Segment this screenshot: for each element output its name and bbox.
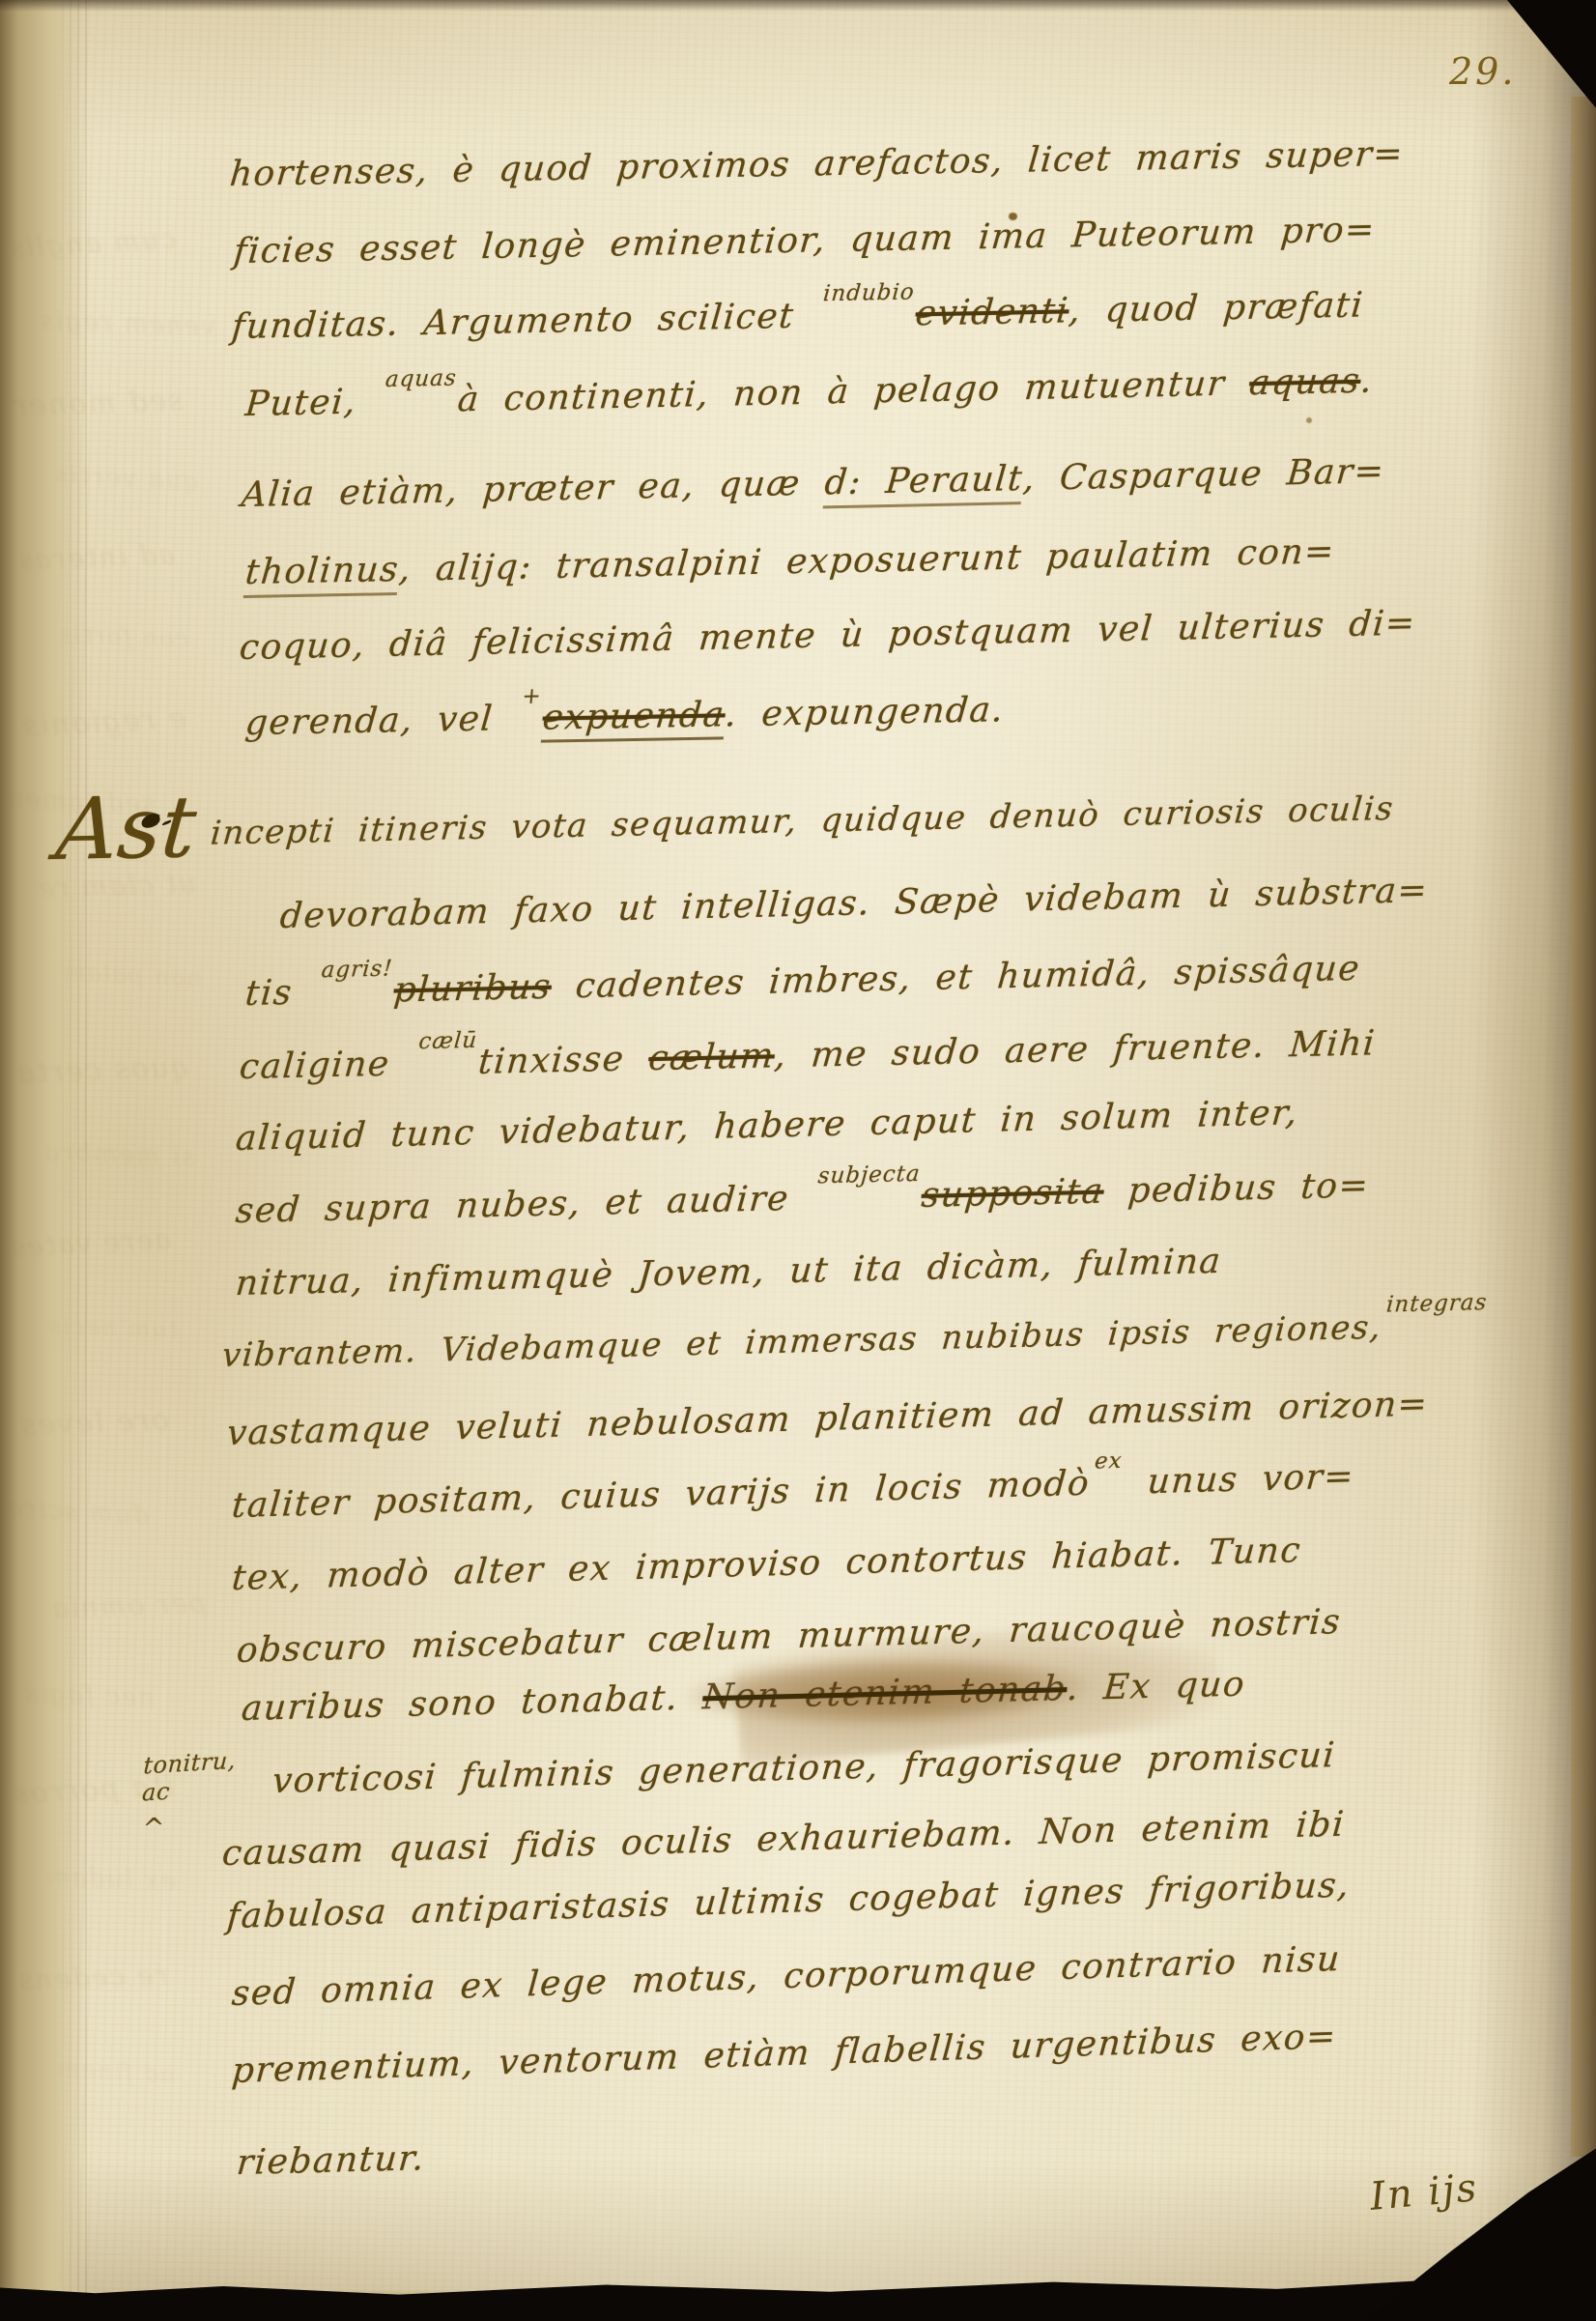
manuscript-line: taliter positam, cuius varijs in locis m…	[230, 1457, 1355, 1527]
handwritten-text: . expungenda.	[724, 690, 1006, 734]
handwritten-text: causam quasi fidis oculis exhauriebam. N…	[220, 1805, 1346, 1875]
handwritten-text: Ast	[52, 777, 200, 879]
manuscript-line: tonitru, ac^vorticosi fulminis generatio…	[271, 1735, 1337, 1801]
handwritten-text: hortenses, è quod proximos arefactos, li…	[228, 134, 1406, 194]
handwritten-text: à continenti, non à pelago mutuentur	[456, 363, 1251, 419]
handwritten-text: aliquid tunc videbatur, habere caput in …	[234, 1093, 1299, 1159]
margin-note: tonitru, ac^	[140, 1746, 267, 1845]
struck-text: supposita	[920, 1172, 1105, 1216]
manuscript-photo: cum anglisvenem regissed monerqua vertis…	[0, 0, 1596, 2321]
struck-text: Non etenim tonab	[701, 1669, 1069, 1717]
handwritten-text: vibrantem. Videbamque et immersas nubibu…	[220, 1308, 1382, 1375]
interlinear-insertion: subjecta	[817, 1161, 922, 1189]
manuscript-line: hortenses, è quod proximos arefactos, li…	[228, 134, 1406, 194]
struck-text: expuenda	[541, 695, 727, 742]
manuscript-line: aliquid tunc videbatur, habere caput in …	[234, 1093, 1299, 1159]
handwritten-text: funditas. Argumento scilicet	[230, 296, 820, 347]
manuscript-line: prementium, ventorum etiàm flabellis urg…	[230, 2017, 1338, 2091]
interlinear-insertion: indubio	[822, 279, 916, 306]
handwritten-text: Alia etiàm, præter ea, quæ	[240, 463, 826, 515]
handwritten-text: tis	[243, 972, 318, 1014]
manuscript-line: Putei, aquasà continenti, non à pelago m…	[243, 361, 1375, 425]
interlinear-insertion: +	[521, 684, 543, 709]
manuscript-line: Alia etiàm, præter ea, quæ d: Perault, C…	[240, 451, 1386, 515]
handwritten-text: .	[1359, 361, 1375, 401]
handwritten-text: tinxisse	[477, 1039, 651, 1082]
handwritten-text: vorticosi fulminis generatione, fragoris…	[271, 1735, 1337, 1801]
manuscript-line: gerenda, vel +expuenda. expungenda.	[243, 690, 1006, 743]
manuscript-line: sed omnia ex lege motus, corporumque con…	[230, 1939, 1342, 2014]
interlinear-insertion: aquas	[385, 365, 458, 392]
handwritten-text: incepti itineris vota sequamur, quidque …	[209, 789, 1395, 853]
handwritten-text: pedibus to=	[1102, 1165, 1371, 1211]
interlinear-insertion: ex	[1094, 1448, 1124, 1475]
manuscript-line: devorabam faxo ut intelligas. Sæpè videb…	[278, 871, 1430, 936]
manuscript-line: tis agris!pluribus cadentes imbres, et h…	[243, 949, 1361, 1014]
handwritten-text: cadentes imbres, et humidâ, spissâque	[550, 949, 1362, 1007]
handwritten-text: d: Perault	[823, 459, 1025, 508]
interlinear-insertion: agris!	[321, 957, 394, 984]
handwritten-text: nitrua, infimumquè Jovem, ut ita dicàm, …	[234, 1242, 1223, 1304]
handwritten-text: devorabam faxo ut intelligas. Sæpè videb…	[278, 871, 1430, 936]
handwritten-text: auribus sono tonabat.	[240, 1677, 704, 1729]
handwritten-text: sed supra nubes, et audire	[234, 1178, 814, 1231]
handwritten-text: ficies esset longè eminentior, quam ima …	[232, 210, 1377, 272]
catchword: In ijs	[1368, 2165, 1480, 2220]
page-number: 29.	[1449, 50, 1516, 93]
manuscript-line: causam quasi fidis oculis exhauriebam. N…	[220, 1805, 1346, 1875]
handwritten-text: , quod præfati	[1068, 285, 1366, 330]
manuscript-line: coquo, diâ felicissimâ mente ù postquam …	[238, 603, 1417, 668]
handwritten-text: caligine	[238, 1044, 415, 1087]
handwritten-text: coquo, diâ felicissimâ mente ù postquam …	[238, 603, 1417, 668]
struck-text: cælum	[647, 1036, 777, 1078]
handwritten-text: vastamque veluti nebulosam planitiem ad …	[225, 1385, 1430, 1453]
manuscript-line: riebantur.	[235, 2138, 426, 2183]
handwritten-text: , Casparque Bar=	[1021, 451, 1386, 499]
struck-text: pluribus	[392, 967, 554, 1011]
manuscript-line: auribus sono tonabat. Non etenim tonab. …	[240, 1665, 1246, 1729]
manuscript-line: Astincepti itineris vota sequamur, quidq…	[54, 789, 1395, 856]
text-layer: hortenses, è quod proximos arefactos, li…	[0, 0, 1596, 2321]
manuscript-line: ficies esset longè eminentior, quam ima …	[232, 210, 1377, 272]
manuscript-line: nitrua, infimumquè Jovem, ut ita dicàm, …	[234, 1242, 1223, 1304]
interlinear-insertion: integras	[1385, 1290, 1488, 1318]
handwritten-text: gerenda, vel	[243, 699, 519, 743]
ink-speck	[1306, 417, 1312, 423]
struck-text: evidenti	[914, 291, 1070, 333]
handwritten-text: , alijq: transalpini exposuerunt paulati…	[397, 531, 1336, 589]
ink-speck	[1009, 213, 1017, 220]
handwritten-text: . Ex quo	[1066, 1665, 1247, 1709]
handwritten-text: sed omnia ex lege motus, corporumque con…	[230, 1939, 1342, 2014]
manuscript-line: fabulosa antiparistasis ultimis cogebat …	[225, 1865, 1351, 1936]
handwritten-text: Putei,	[243, 382, 383, 424]
struck-text: aquas	[1248, 361, 1363, 403]
handwritten-text: , me sudo aere fruente. Mihi	[773, 1023, 1378, 1075]
handwritten-text: prementium, ventorum etiàm flabellis urg…	[230, 2017, 1338, 2091]
handwritten-text: tex, modò alter ex improviso contortus h…	[230, 1531, 1302, 1598]
handwritten-text: unus vor=	[1122, 1457, 1355, 1503]
interlinear-insertion: cælū	[417, 1028, 478, 1054]
manuscript-line: vibrantem. Videbamque et immersas nubibu…	[220, 1305, 1490, 1375]
manuscript-line: tholinus, alijq: transalpini exposuerunt…	[243, 531, 1336, 592]
manuscript-line: funditas. Argumento scilicet indubioevid…	[230, 285, 1365, 347]
handwritten-text: fabulosa antiparistasis ultimis cogebat …	[225, 1865, 1351, 1936]
handwritten-text: taliter positam, cuius varijs in locis m…	[230, 1464, 1091, 1526]
handwritten-text: tholinus	[243, 550, 401, 598]
manuscript-line: tex, modò alter ex improviso contortus h…	[230, 1531, 1302, 1598]
manuscript-line: sed supra nubes, et audire subjectasuppo…	[234, 1165, 1371, 1231]
manuscript-line: vastamque veluti nebulosam planitiem ad …	[225, 1385, 1430, 1453]
manuscript-line: caligine cælūtinxisse cælum, me sudo aer…	[238, 1023, 1377, 1087]
handwritten-text: riebantur.	[235, 2138, 426, 2183]
